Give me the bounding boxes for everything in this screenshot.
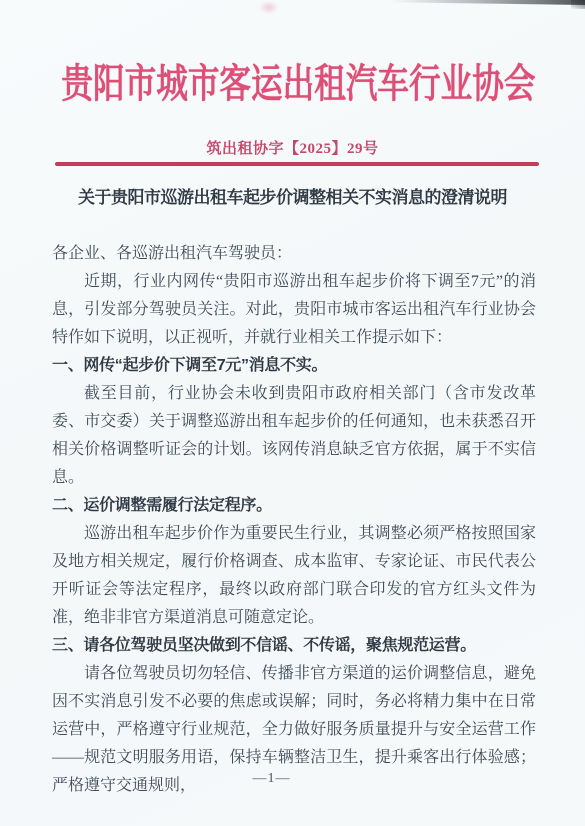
section-heading-2: 二、运价调整需履行法定程序。 (52, 492, 536, 520)
doc-number: 筑出租协字【2025】29号 (0, 137, 585, 158)
page-number: —1— (0, 771, 543, 787)
section-heading-1: 一、网传“起步价下调至7元”消息不实。 (52, 352, 536, 380)
paragraph-intro: 近期，行业内网传“贵阳市巡游出租车起步价将下调至7元”的消息，引发部分驾驶员关注… (52, 268, 536, 352)
scan-corner-shadow (571, 0, 585, 9)
scanned-document-page: 贵阳市城市客运出租汽车行业协会 筑出租协字【2025】29号 关于贵阳市巡游出租… (0, 0, 585, 826)
document-body: 各企业、各巡游出租汽车驾驶员： 近期，行业内网传“贵阳市巡游出租车起步价将下调至… (52, 240, 536, 800)
scan-edge-shadow (390, 0, 585, 5)
paragraph-section-1: 截至目前，行业协会未收到贵阳市政府相关部门（含市发改革委、市交委）关于调整巡游出… (52, 380, 536, 492)
paragraph-section-2: 巡游出租车起步价作为重要民生行业，其调整必须严格按照国家及地方相关规定，履行价格… (52, 520, 536, 632)
salutation: 各企业、各巡游出租汽车驾驶员： (52, 240, 536, 268)
section-heading-3: 三、请各位驾驶员坚决做到不信谣、不传谣，聚焦规范运营。 (52, 632, 536, 660)
org-title: 贵阳市城市客运出租汽车行业协会 (61, 60, 523, 108)
red-header-divider (55, 162, 539, 166)
faint-stamp-mark (259, 1, 279, 14)
doc-title: 关于贵阳市巡游出租车起步价调整相关不实消息的澄清说明 (0, 183, 585, 208)
